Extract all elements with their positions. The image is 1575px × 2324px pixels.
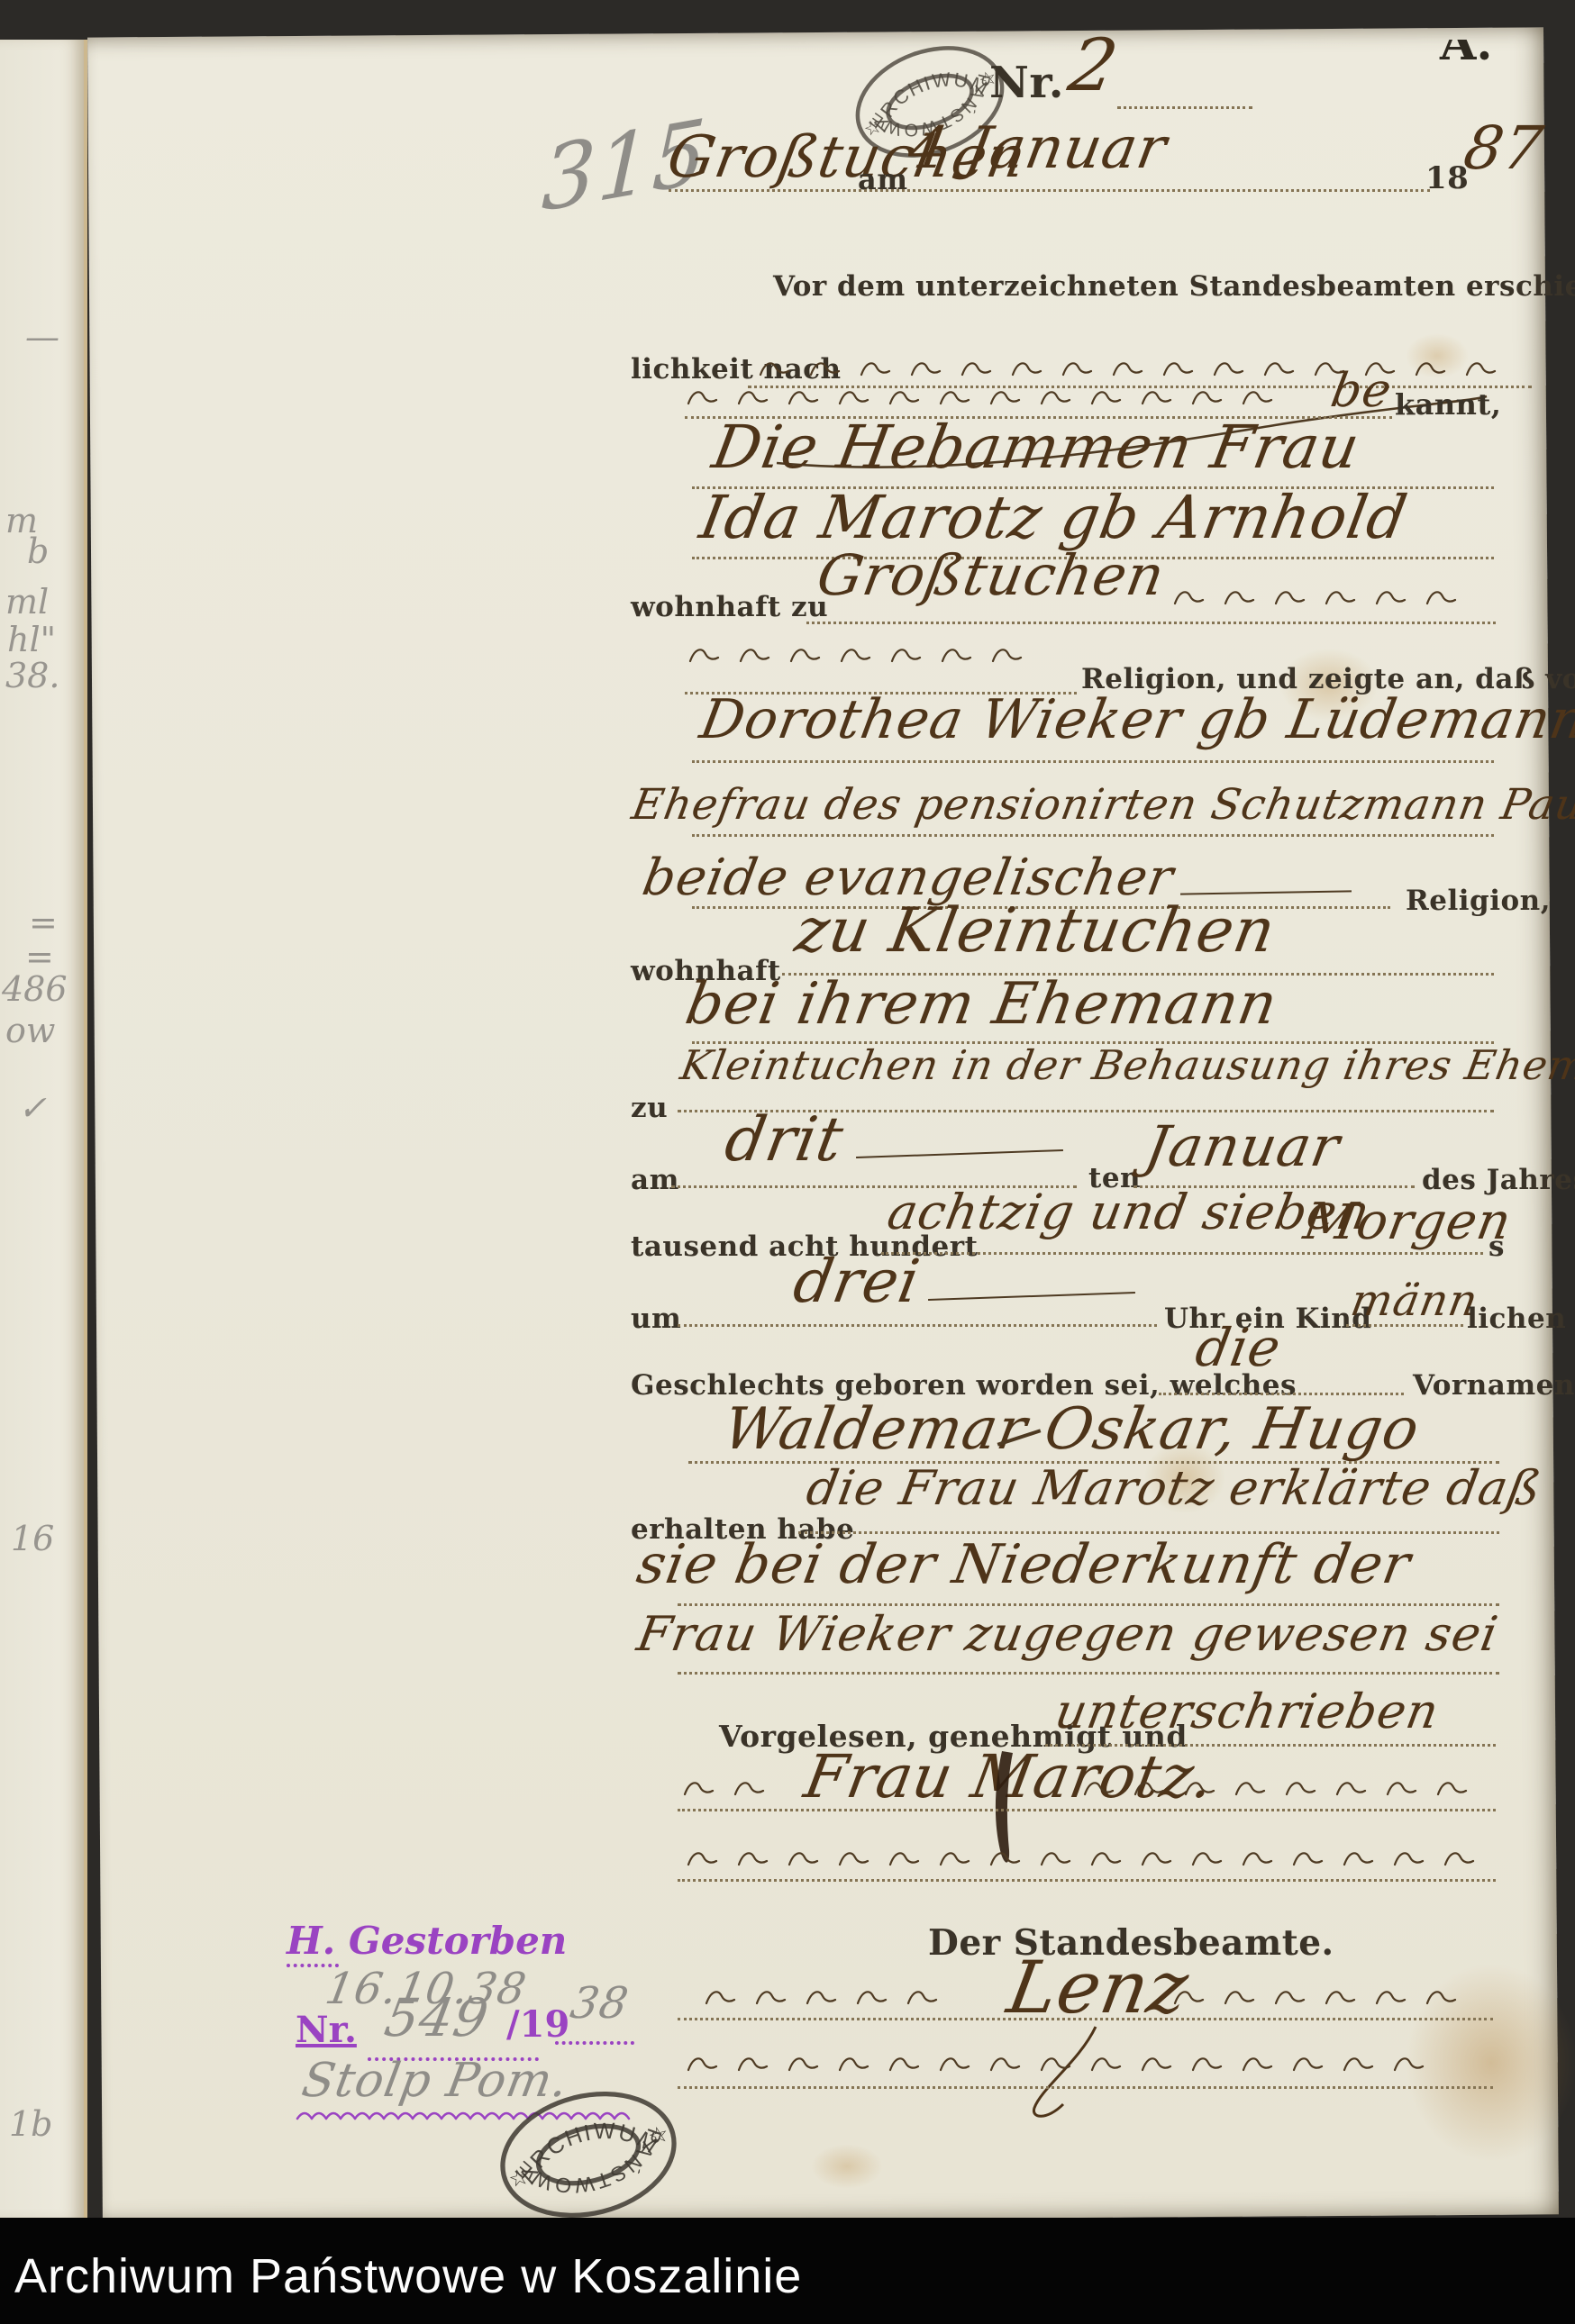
filler-squiggle xyxy=(687,645,1065,667)
dotted-line xyxy=(678,2018,1493,2020)
entry-day-value: drit xyxy=(720,1104,849,1176)
dotted-line xyxy=(678,1324,1157,1327)
filler-squiggle xyxy=(685,1848,1487,1870)
archive-caption-text: Archiwum Państwowe w Koszalinie xyxy=(14,2248,802,2304)
filler-squiggle xyxy=(757,359,1523,380)
pencil-fragment: 38. xyxy=(5,656,59,695)
page-corner-area: A. xyxy=(0,40,1575,88)
archive-caption-bar: Archiwum Państwowe w Koszalinie xyxy=(0,2218,1575,2324)
entry-birthplace-value: Kleintuchen in der Behausung ihres Ehema… xyxy=(677,1041,1575,1089)
entry-residence2-value: zu Kleintuchen xyxy=(790,895,1281,967)
entry-mother-name: Dorothea Wieker gb Lüdemann xyxy=(696,688,1575,751)
filler-squiggle xyxy=(1171,587,1496,609)
document-scan: — m b ml hl" 38. = = 486 ow ✓ 16 1b A. 3… xyxy=(0,0,1575,2324)
entry-daytime-value: Morgen xyxy=(1299,1193,1516,1251)
dotted-line xyxy=(1117,106,1252,109)
form-religion-label: Religion, xyxy=(1406,885,1551,917)
purple-underline xyxy=(555,2041,634,2045)
dotted-line xyxy=(678,1809,1496,1811)
previous-page-edge xyxy=(0,40,87,2220)
entry-article-value: die xyxy=(1191,1317,1286,1378)
pencil-fragment: — xyxy=(25,317,59,357)
filler-squiggle xyxy=(703,1987,973,2009)
form-vornamen-label: Vornamen xyxy=(1413,1369,1575,1402)
death-note-nr-label: Nr. xyxy=(296,2009,357,2051)
pencil-fragment: 1b xyxy=(9,2104,53,2144)
dotted-line xyxy=(678,2086,1493,2089)
filler-squiggle xyxy=(1081,1778,1491,1800)
pencil-fragment: hl" xyxy=(7,620,56,659)
entry-declaration-line2: sie bei der Niederkunft der xyxy=(633,1533,1416,1596)
pencil-fragment: ✓ xyxy=(18,1088,47,1128)
form-um-label: um xyxy=(631,1303,681,1335)
form-am2-label: am xyxy=(631,1164,679,1196)
entry-declarant-line1: Die Hebammen Frau xyxy=(707,413,1365,482)
dotted-line xyxy=(678,1672,1499,1675)
filler-squiggle xyxy=(685,387,1316,409)
death-note-year-printed: /19 xyxy=(506,2003,569,2046)
death-note-nr-value: 549 xyxy=(380,1987,494,2048)
pencil-fragment: 16 xyxy=(11,1519,54,1558)
entry-declaration-line3: Frau Wieker zugegen gewesen sei xyxy=(633,1607,1503,1662)
death-note-year-written: 38 xyxy=(567,1978,633,2029)
entry-mother-detail: Ehefrau des pensionirten Schutzmann Paul… xyxy=(628,780,1575,830)
entry-closing-written: unterschrieben xyxy=(1052,1684,1443,1739)
dotted-line xyxy=(1346,1324,1463,1327)
form-intro-line1: Vor dem unterzeichneten Standesbeamten e… xyxy=(773,270,1575,303)
entry-date: 4 Januar xyxy=(904,115,1171,182)
form-birthplace-label: zu xyxy=(631,1092,668,1124)
pencil-fragment: b xyxy=(27,531,49,571)
dotted-line xyxy=(1159,1393,1404,1395)
entry-hour-value: drei xyxy=(788,1247,925,1316)
entry-year-written: 87 xyxy=(1459,113,1549,183)
page-corner-mark: A. xyxy=(1440,40,1492,71)
dotted-line xyxy=(881,1252,1483,1255)
filler-squiggle xyxy=(685,2054,1478,2075)
form-daytime-suffix: s xyxy=(1489,1230,1505,1263)
entry-resident-value: Großtuchen xyxy=(813,542,1170,608)
entry-gender-written: männ xyxy=(1347,1275,1482,1326)
filler-squiggle xyxy=(1171,1987,1478,2009)
dotted-line xyxy=(692,834,1494,837)
dotted-line xyxy=(669,189,1430,192)
form-nr-label: Nr. xyxy=(989,58,1064,108)
dotted-line xyxy=(678,1603,1499,1606)
dotted-line xyxy=(678,1879,1496,1882)
entry-year-words: achtzig und sieben xyxy=(883,1184,1374,1240)
entry-known-written: be xyxy=(1327,364,1397,418)
form-resident-label: wohnhaft zu xyxy=(631,591,828,623)
entry-month-value: Januar xyxy=(1141,1113,1345,1179)
entry-child-names: Waldemar Oskar, Hugo xyxy=(718,1396,1425,1463)
pencil-fragment: ml xyxy=(5,582,49,622)
form-gender-printed: lichen xyxy=(1467,1303,1566,1335)
dotted-line xyxy=(692,760,1494,763)
dotted-line xyxy=(806,622,1496,624)
form-jahr-label: des Jahres xyxy=(1422,1164,1575,1196)
pencil-fragment: 486 xyxy=(2,969,68,1009)
entry-residence2-detail: bei ihrem Ehemann xyxy=(680,971,1282,1038)
death-note-header: H. Gestorben xyxy=(287,1919,567,1963)
form-known-printed: kannt, xyxy=(1395,387,1501,422)
filler-squiggle xyxy=(681,1778,789,1800)
entry-declaration-line1: die Frau Marotz erklärte daß xyxy=(803,1461,1546,1516)
pencil-fragment: ow xyxy=(5,1011,55,1050)
